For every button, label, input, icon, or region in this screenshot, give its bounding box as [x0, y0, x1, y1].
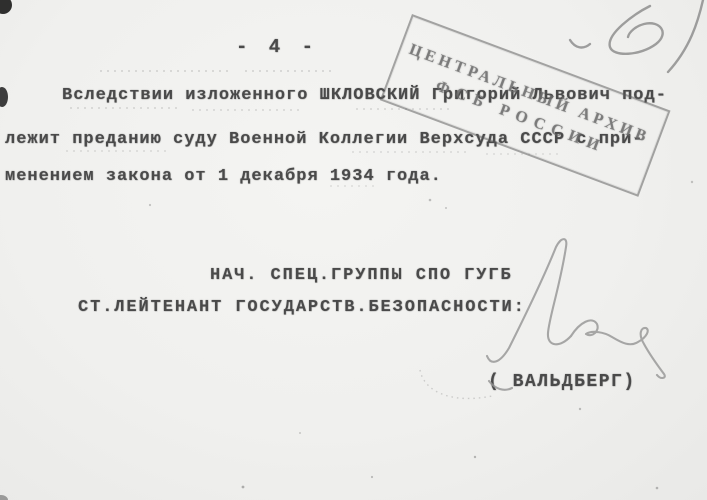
scan-artifacts-layer [0, 0, 707, 500]
signer-title-line2: СТ.ЛЕЙТЕНАНТ ГОСУДАРСТВ.БЕЗОПАСНОСТИ: [78, 298, 526, 317]
paragraph-line-3: менением закона от 1 декабря 1934 года. [5, 167, 442, 186]
scanned-document-page: - 4 - Вследствии изложенного ШКЛОВСКИЙ Г… [0, 0, 707, 500]
handwritten-number [570, 0, 703, 72]
paper-speckles [149, 181, 693, 490]
signer-title-line1: НАЧ. СПЕЦ.ГРУППЫ СПО ГУГБ [210, 266, 513, 285]
page-number: - 4 - [236, 36, 318, 58]
paper-crease-marks [420, 370, 492, 398]
scan-smudges [0, 0, 12, 500]
signer-name: ( ВАЛЬДБЕРГ) [488, 372, 636, 392]
